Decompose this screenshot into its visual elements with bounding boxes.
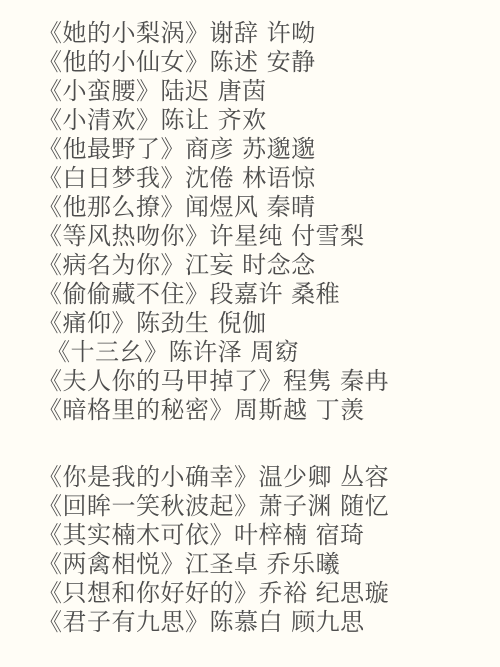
book-entry: 《夫人你的马甲掉了》程隽 秦冉	[38, 367, 486, 396]
book-entry: 《你是我的小确幸》温少卿 丛容	[38, 463, 486, 492]
book-list-block-2: 《你是我的小确幸》温少卿 丛容《回眸一笑秋波起》萧子渊 随忆《其实楠木可依》叶梓…	[38, 463, 486, 637]
book-entry: 《只想和你好好的》乔裕 纪思璇	[38, 579, 486, 608]
book-entry: 《两禽相悦》江圣卓 乔乐曦	[38, 550, 486, 579]
book-entry: 《小清欢》陈让 齐欢	[38, 106, 486, 135]
book-entry: 《十三幺》陈许泽 周窈	[38, 338, 486, 367]
book-entry: 《他那么撩》闻煜风 秦晴	[38, 193, 486, 222]
book-entry: 《痛仰》陈劲生 倪伽	[38, 309, 486, 338]
book-entry: 《小蛮腰》陆迟 唐茵	[38, 77, 486, 106]
book-list-block-1: 《她的小梨涡》谢辞 许呦《他的小仙女》陈述 安静《小蛮腰》陆迟 唐茵《小清欢》陈…	[38, 19, 486, 425]
book-entry: 《病名为你》江妄 时念念	[38, 251, 486, 280]
book-entry: 《等风热吻你》许星纯 付雪梨	[38, 222, 486, 251]
book-list-page: 《她的小梨涡》谢辞 许呦《他的小仙女》陈述 安静《小蛮腰》陆迟 唐茵《小清欢》陈…	[0, 0, 500, 667]
book-entry: 《她的小梨涡》谢辞 许呦	[38, 19, 486, 48]
book-entry: 《他的小仙女》陈述 安静	[38, 48, 486, 77]
book-entry: 《暗格里的秘密》周斯越 丁羡	[38, 396, 486, 425]
book-entry: 《白日梦我》沈倦 林语惊	[38, 164, 486, 193]
book-entry: 《偷偷藏不住》段嘉许 桑稚	[38, 280, 486, 309]
book-entry: 《其实楠木可依》叶梓楠 宿琦	[38, 521, 486, 550]
book-entry: 《他最野了》商彦 苏邈邈	[38, 135, 486, 164]
book-entry: 《回眸一笑秋波起》萧子渊 随忆	[38, 492, 486, 521]
book-entry: 《君子有九思》陈慕白 顾九思	[38, 608, 486, 637]
